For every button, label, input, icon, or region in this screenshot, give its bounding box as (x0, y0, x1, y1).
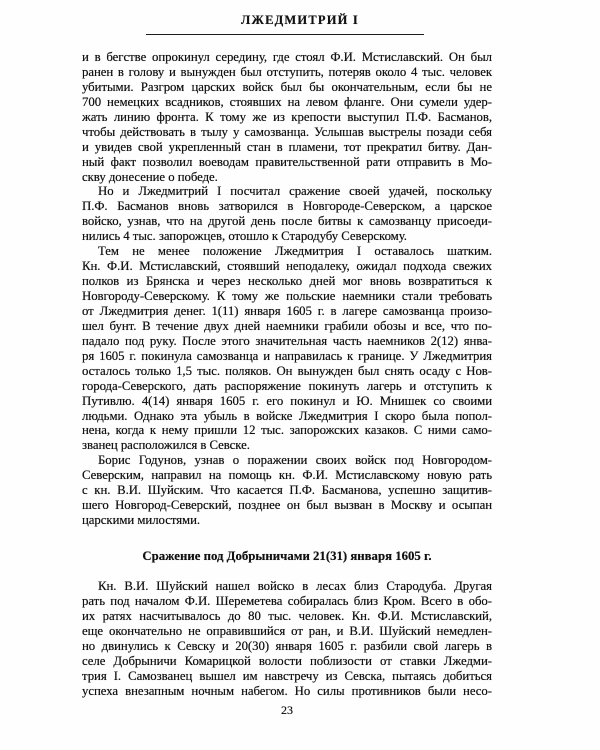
text-line: Кн. Ф.И. Мстиславский, стоявший неподале… (82, 259, 492, 274)
page-number: 23 (82, 703, 492, 718)
text-line: падало под руку. После этого значительна… (82, 334, 492, 349)
text-line: Тем не менее положение Лжедмитрия I оста… (82, 244, 492, 259)
text-line: нились 4 тыс. запорожцев, отошло к Старо… (82, 229, 492, 244)
text-line: Путивлю. 4(14) января 1605 г. его покину… (82, 394, 492, 409)
text-line: от Лжедмитрия денег. 1(11) января 1605 г… (82, 304, 492, 319)
text-line: рать под началом Ф.И. Шереметева собирал… (82, 594, 492, 609)
text-line: жать линию фронта. К тому же из крепости… (82, 110, 492, 125)
text-line: и в бегстве опрокинул середину, где стоя… (82, 50, 492, 65)
text-line: осталось только 1,5 тыс. поляков. Он вын… (82, 364, 492, 379)
text-line: полков из Брянска и через несколько дней… (82, 274, 492, 289)
text-line: их ратях насчитывалось до 80 тыс. челове… (82, 609, 492, 624)
paragraph: Борис Годунов, узнав о поражении своих в… (82, 453, 492, 528)
page-body: и в бегстве опрокинул середину, где стоя… (82, 50, 492, 699)
text-line: скву донесение о победе. (82, 170, 492, 185)
text-line: селе Добрыничи Комарицкой волости поблиз… (82, 654, 492, 669)
text-line: чтобы действовать в тылу у самозванца. У… (82, 125, 492, 140)
text-line: но двинулись к Севску и 20(30) января 16… (82, 639, 492, 654)
text-line: шел бунт. В течение двух дней наемники г… (82, 319, 492, 334)
text-line: еще окончательно не оправившийся от ран,… (82, 624, 492, 639)
running-head: ЛЖЕДМИТРИЙ I (0, 13, 600, 28)
book-page: ЛЖЕДМИТРИЙ I и в бегстве опрокинул серед… (0, 0, 600, 750)
paragraph: Тем не менее положение Лжедмитрия I оста… (82, 244, 492, 453)
text-line: Но и Лжедмитрий I посчитал сражение свое… (82, 184, 492, 199)
text-line: успеха внезапным ночным набегом. Но силы… (82, 684, 492, 699)
paragraph: Кн. В.И. Шуйский нашел войско в лесах бл… (82, 579, 492, 699)
text-line: города-Северского, дать распоряжение пок… (82, 379, 492, 394)
text-line: нена, когда к нему пришли 12 тыс. запоро… (82, 423, 492, 438)
text-line: ный факт позволил воеводам правительстве… (82, 155, 492, 170)
text-line: убитыми. Разгром царских войск был бы ок… (82, 80, 492, 95)
text-line: с кн. В.И. Шуйским. Что касается П.Ф. Ба… (82, 483, 492, 498)
header-rule (146, 34, 424, 35)
text-line: Северским, направил на помощь кн. Ф.И. М… (82, 468, 492, 483)
text-line: П.Ф. Басманов вновь затворился в Новгоро… (82, 199, 492, 214)
text-line: ря 1605 г. покинула самозванца и направи… (82, 349, 492, 364)
text-line: Кн. В.И. Шуйский нашел войско в лесах бл… (82, 579, 492, 594)
text-line: шего Новгород-Северский, позднее он был … (82, 498, 492, 513)
text-line: Борис Годунов, узнав о поражении своих в… (82, 453, 492, 468)
text-line: 700 немецких всадников, стоявших на лево… (82, 95, 492, 110)
paragraph: Но и Лжедмитрий I посчитал сражение свое… (82, 184, 492, 244)
paragraph: и в бегстве опрокинул середину, где стоя… (82, 50, 492, 184)
text-line: трия I. Самозванец вышел им навстречу из… (82, 669, 492, 684)
text-line: званец расположился в Севске. (82, 438, 492, 453)
text-line: войско, узнав, что на другой день после … (82, 214, 492, 229)
text-line: Новгороду-Северскому. К тому же польские… (82, 289, 492, 304)
section-heading: Сражение под Добрыничами 21(31) января 1… (82, 549, 492, 564)
text-line: и увидев свой укрепленный стан в пламени… (82, 140, 492, 155)
text-line: ранен в голову и вынужден был отступить,… (82, 65, 492, 80)
text-line: царскими милостями. (82, 513, 492, 528)
text-line: людьми. Однако эта убыль в войске Лжедми… (82, 409, 492, 424)
